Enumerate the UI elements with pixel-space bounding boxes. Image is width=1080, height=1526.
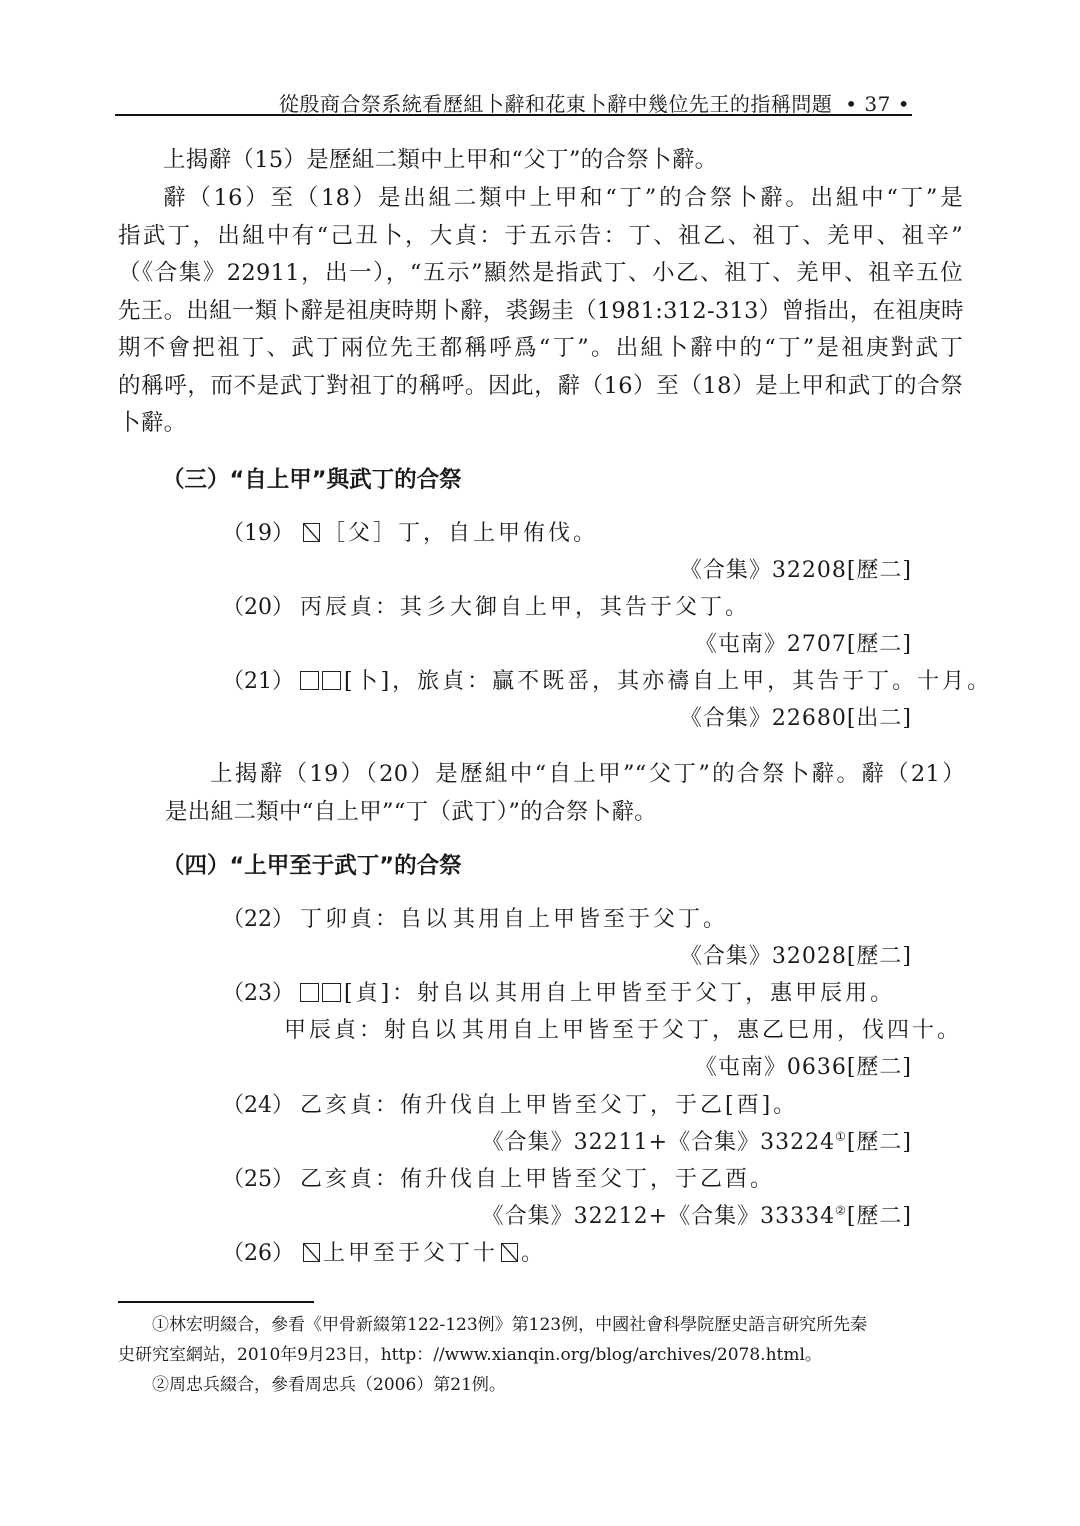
running-header: 從殷商合祭系統看歷組卜辭和花東卜辭中幾位先王的指稱問題 • 37 • (115, 88, 910, 117)
inscription-22: （22）丁卯貞：𠂤以𩵦其用自上甲皆至于父丁。 (222, 902, 728, 933)
missing-char-box (322, 671, 341, 690)
inscription-23-continuation: 甲辰貞：射𠂤以𩵦其用自上甲皆至于父丁，惠乙巳用，伐四十。 (284, 1013, 962, 1044)
footnote-rule (118, 1301, 314, 1303)
inscription-number: （25） (222, 1167, 294, 1192)
paragraph-2: 辭（16）至（18）是出組二類中上甲和“丁”的合祭卜辭。出組中“丁”是 指武丁，… (118, 180, 963, 443)
inscription-text: 上甲至于父丁十 (323, 1241, 498, 1266)
missing-char-box (300, 671, 319, 690)
inscription-number: （22） (222, 907, 294, 932)
inscription-source: 《合集》32208[歷二] (680, 553, 912, 584)
inscription-21: （21）[卜]，旅貞：贏不既䍃，其亦禱自上甲，其告于丁。十月。 (222, 664, 992, 695)
running-title: 從殷商合祭系統看歷組卜辭和花東卜辭中幾位先王的指稱問題 (279, 92, 833, 116)
missing-char-box (300, 983, 319, 1002)
document-page: 從殷商合祭系統看歷組卜辭和花東卜辭中幾位先王的指稱問題 • 37 • 上揭辭（1… (0, 0, 1080, 1526)
paragraph-line: 期不會把祖丁、武丁兩位先王都稱呼爲“丁”。出組卜辭中的“丁”是祖庚對武丁 (118, 330, 963, 368)
inscription-19: （19）［父］丁，自上甲侑伐。 (222, 516, 598, 547)
inscription-number: （21） (222, 669, 294, 694)
inscription-text: 。 (521, 1241, 546, 1266)
inscription-number: （24） (222, 1093, 294, 1118)
section-heading-4: （四）“上甲至于武丁”的合祭 (162, 848, 462, 880)
footnote-2: ②周忠兵綴合，參看周忠兵（2006）第21例。 (118, 1370, 968, 1400)
inscription-26: （26）上甲至于父丁十。 (222, 1236, 546, 1267)
paragraph-line: 的稱呼，而不是武丁對祖丁的稱呼。因此，辭（16）至（18）是上甲和武丁的合祭 (118, 368, 963, 406)
page-number: • 37 • (845, 92, 910, 116)
inscription-text: 丙辰貞：其彡大御自上甲，其告于父丁。 (300, 595, 750, 620)
header-rule (115, 114, 912, 116)
paragraph-line: 是出組二類中“自上甲”“丁（武丁）”的合祭卜辭。 (165, 794, 965, 832)
footnote-1: ①林宏明綴合，參看《甲骨新綴第122-123例》第123例，中國社會科學院歷史語… (118, 1310, 968, 1370)
paragraph-line: 上揭辭（19）（20）是歷組中“自上甲”“父丁”的合祭卜辭。辭（21） (165, 756, 965, 794)
missing-char-box (322, 983, 341, 1002)
inscription-source: 《合集》32028[歷二] (680, 939, 912, 970)
paragraph-line: 指武丁，出組中有“己丑卜，大貞：于五示告：丁、祖乙、祖丁、羌甲、祖辛” (118, 218, 963, 256)
inscription-text: [卜]，旅貞：贏不既䍃，其亦禱自上甲，其告于丁。十月。 (344, 669, 992, 694)
paragraph-line: 上揭辭（15）是歷組二類中上甲和“父丁”的合祭卜辭。 (118, 142, 963, 180)
source-citation: 《合集》32211+《合集》33224 (482, 1130, 835, 1155)
footnote-marker[interactable]: ① (835, 1130, 847, 1144)
paragraph-line: 辭（16）至（18）是出組二類中上甲和“丁”的合祭卜辭。出組中“丁”是 (118, 180, 963, 218)
inscription-25: （25）乙亥貞：侑升伐自上甲皆至父丁，于乙酉。 (222, 1162, 775, 1193)
source-citation: 《合集》32212+《合集》33334 (482, 1204, 835, 1229)
broken-glyph-icon (303, 523, 320, 542)
inscription-text: [貞]：射𠂤以𩵦其用自上甲皆至于父丁，惠甲辰用。 (344, 981, 895, 1006)
inscription-source: 《屯南》0636[歷二] (695, 1050, 912, 1081)
inscription-text: 乙亥貞：侑升伐自上甲皆至父丁，于乙[酉]。 (300, 1093, 798, 1118)
inscription-24: （24）乙亥貞：侑升伐自上甲皆至父丁，于乙[酉]。 (222, 1088, 798, 1119)
footnote-line: 史研究室網站，2010年9月23日，http：//www.xianqin.org… (118, 1340, 968, 1370)
inscription-number: （23） (222, 981, 294, 1006)
footnote-line: ②周忠兵綴合，參看周忠兵（2006）第21例。 (118, 1370, 968, 1400)
inscription-number: （26） (222, 1241, 294, 1266)
inscription-source: 《合集》22680[出二] (680, 701, 912, 732)
paragraph-line: 先王。出組一類卜辭是祖庚時期卜辭，裘錫圭（1981:312-313）曾指出，在祖… (118, 293, 963, 331)
source-period: [歷二] (847, 1130, 912, 1155)
section-heading-3: （三）“自上甲”與武丁的合祭 (162, 462, 462, 494)
inscription-source: 《屯南》2707[歷二] (695, 627, 912, 658)
footnote-marker[interactable]: ② (835, 1204, 847, 1218)
broken-glyph-icon (303, 1243, 320, 1262)
broken-glyph-icon (501, 1243, 518, 1262)
inscription-text: 丁卯貞：𠂤以𩵦其用自上甲皆至于父丁。 (300, 907, 728, 932)
inscription-text: ［父］丁，自上甲侑伐。 (323, 521, 598, 546)
inscription-text: 乙亥貞：侑升伐自上甲皆至父丁，于乙酉。 (300, 1167, 775, 1192)
inscription-23: （23）[貞]：射𠂤以𩵦其用自上甲皆至于父丁，惠甲辰用。 (222, 976, 895, 1007)
inscription-text: 甲辰貞：射𠂤以𩵦其用自上甲皆至于父丁，惠乙巳用，伐四十。 (284, 1018, 962, 1043)
paragraph-line: 卜辭。 (118, 405, 963, 443)
inscription-20: （20）丙辰貞：其彡大御自上甲，其告于父丁。 (222, 590, 750, 621)
source-period: [歷二] (847, 1204, 912, 1229)
paragraph-line: （《合集》22911，出一），“五示”顯然是指武丁、小乙、祖丁、羌甲、祖辛五位 (118, 255, 963, 293)
paragraph-3: 上揭辭（19）（20）是歷組中“自上甲”“父丁”的合祭卜辭。辭（21） 是出組二… (165, 756, 965, 831)
footnote-line: ①林宏明綴合，參看《甲骨新綴第122-123例》第123例，中國社會科學院歷史語… (118, 1310, 968, 1340)
inscription-source: 《合集》32212+《合集》33334②[歷二] (482, 1199, 912, 1230)
inscription-number: （20） (222, 595, 294, 620)
inscription-number: （19） (222, 521, 294, 546)
inscription-source: 《合集》32211+《合集》33224①[歷二] (482, 1125, 912, 1156)
paragraph-1: 上揭辭（15）是歷組二類中上甲和“父丁”的合祭卜辭。 (118, 142, 963, 180)
